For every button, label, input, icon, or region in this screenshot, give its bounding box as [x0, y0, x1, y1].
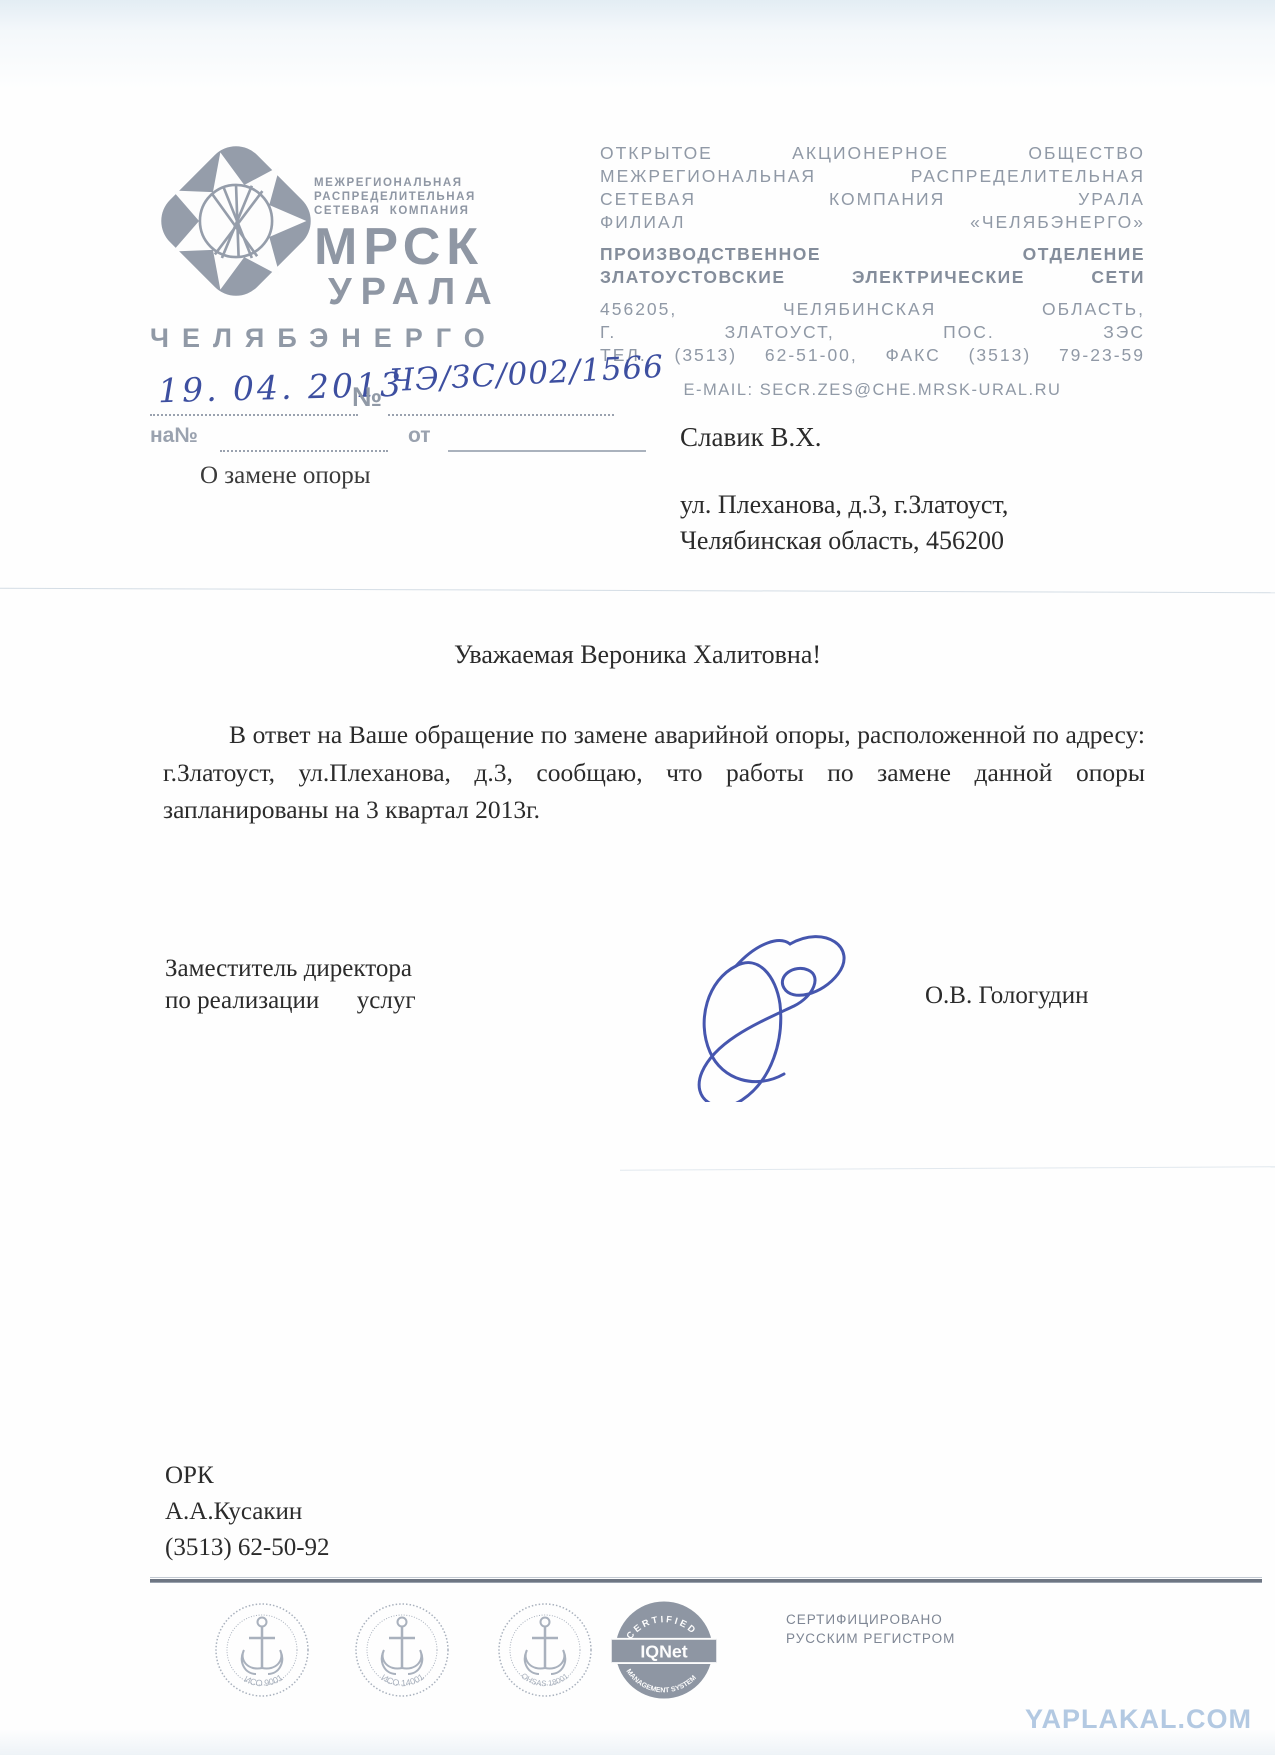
- stamp-label: OHSAS 18001: [519, 1671, 570, 1688]
- company-line: ФИЛИАЛ «ЧЕЛЯБЭНЕРГО»: [600, 211, 1145, 234]
- svg-text:ИСО 9001: ИСО 9001: [242, 1672, 284, 1688]
- stamp-label: ИСО 14001: [379, 1672, 425, 1689]
- number-sign: №: [352, 382, 382, 413]
- company-line: МЕЖРЕГИОНАЛЬНАЯ РАСПРЕДЕЛИТЕЛЬНАЯ: [600, 165, 1145, 188]
- company-line: ОТКРЫТОЕ АКЦИОНЕРНОЕ ОБЩЕСТВО: [600, 142, 1145, 165]
- mrsk-ural-logo-icon: [148, 133, 324, 309]
- stamp-label: ИСО 9001: [242, 1672, 284, 1688]
- iso-14001-stamp-icon: ИСО 14001: [352, 1600, 452, 1700]
- executor-department: ОРК: [165, 1458, 330, 1494]
- from-label: от: [408, 424, 431, 448]
- subject-line: О замене опоры: [200, 462, 371, 490]
- recipient-address-line2: Челябинская область, 456200: [680, 526, 1004, 556]
- executor-block: ОРК А.А.Кусакин (3513) 62-50-92: [165, 1458, 330, 1566]
- svg-text:OHSAS 18001: OHSAS 18001: [519, 1671, 570, 1688]
- division-line: ПРОИЗВОДСТВЕННОЕ ОТДЕЛЕНИЕ: [600, 243, 1145, 266]
- address-line: Г. ЗЛАТОУСТ, ПОС. ЗЭС: [600, 321, 1145, 344]
- logo-urala-text: УРАЛА: [328, 272, 544, 312]
- division-line: ЗЛАТОУСТОВСКИЕ ЭЛЕКТРИЧЕСКИЕ СЕТИ: [600, 266, 1145, 289]
- signer-name: О.В. Гологудин: [925, 982, 1089, 1010]
- email-line: E-MAIL: SECR.ZES@CHE.MRSK-URAL.RU: [600, 379, 1145, 402]
- logo-mrsk-text: МРСК: [314, 222, 544, 272]
- certification-note-line1: СЕРТИФИЦИРОВАНО: [786, 1610, 955, 1629]
- branch-chelyabenergo-text: ЧЕЛЯБЭНЕРГО: [150, 323, 495, 354]
- signer-position-line1: Заместитель директора: [165, 950, 412, 987]
- scan-fold-line: [620, 1166, 1275, 1170]
- executor-phone: (3513) 62-50-92: [165, 1530, 330, 1566]
- scanned-letter-page: МЕЖРЕГИОНАЛЬНАЯ РАСПРЕДЕЛИТЕЛЬНАЯ СЕТЕВА…: [0, 0, 1275, 1755]
- letterhead-company-block: ОТКРЫТОЕ АКЦИОНЕРНОЕ ОБЩЕСТВО МЕЖРЕГИОНА…: [600, 142, 1145, 402]
- logo-text-block: МЕЖРЕГИОНАЛЬНАЯ РАСПРЕДЕЛИТЕЛЬНАЯ СЕТЕВА…: [314, 176, 544, 312]
- recipient-address-line1: ул. Плеханова, д.3, г.Златоуст,: [680, 490, 1008, 520]
- address-line: 456205, ЧЕЛЯБИНСКАЯ ОБЛАСТЬ,: [600, 298, 1145, 321]
- company-line: СЕТЕВАЯ КОМПАНИЯ УРАЛА: [600, 188, 1145, 211]
- letter-body-paragraph: В ответ на Ваше обращение по замене авар…: [163, 716, 1145, 829]
- iqnet-certified-logo-icon: C E R T I F I E D IQNet MANAGEMENT SYSTE…: [608, 1594, 720, 1706]
- executor-name: А.А.Кусакин: [165, 1494, 330, 1530]
- signer-position-line2: по реализации услуг: [165, 987, 416, 1015]
- certification-note-line2: РУССКИМ РЕГИСТРОМ: [786, 1629, 955, 1648]
- yaplakal-watermark: YAPLAKAL.COM: [990, 1704, 1252, 1735]
- salutation: Уважаемая Вероника Халитовна!: [0, 640, 1275, 670]
- on-number-label: на№: [150, 424, 198, 448]
- on-number-underline: [220, 412, 388, 452]
- iqnet-center-text: IQNet: [640, 1641, 687, 1661]
- certification-note: СЕРТИФИЦИРОВАНО РУССКИМ РЕГИСТРОМ: [786, 1610, 955, 1648]
- logo-company-small-text: МЕЖРЕГИОНАЛЬНАЯ РАСПРЕДЕЛИТЕЛЬНАЯ СЕТЕВА…: [314, 176, 544, 218]
- ohsas-18001-stamp-icon: OHSAS 18001: [495, 1600, 595, 1700]
- svg-text:ИСО 14001: ИСО 14001: [379, 1672, 425, 1689]
- address-line: ТЕЛ. (3513) 62-51-00, ФАКС (3513) 79-23-…: [600, 344, 1145, 367]
- from-underline: [448, 412, 646, 452]
- iso-9001-stamp-icon: ИСО 9001: [212, 1600, 312, 1700]
- recipient-name: Славик В.Х.: [680, 422, 822, 453]
- footer-divider: [150, 1577, 1262, 1583]
- scan-fold-line: [0, 588, 1275, 593]
- handwritten-signature-icon: [640, 922, 890, 1102]
